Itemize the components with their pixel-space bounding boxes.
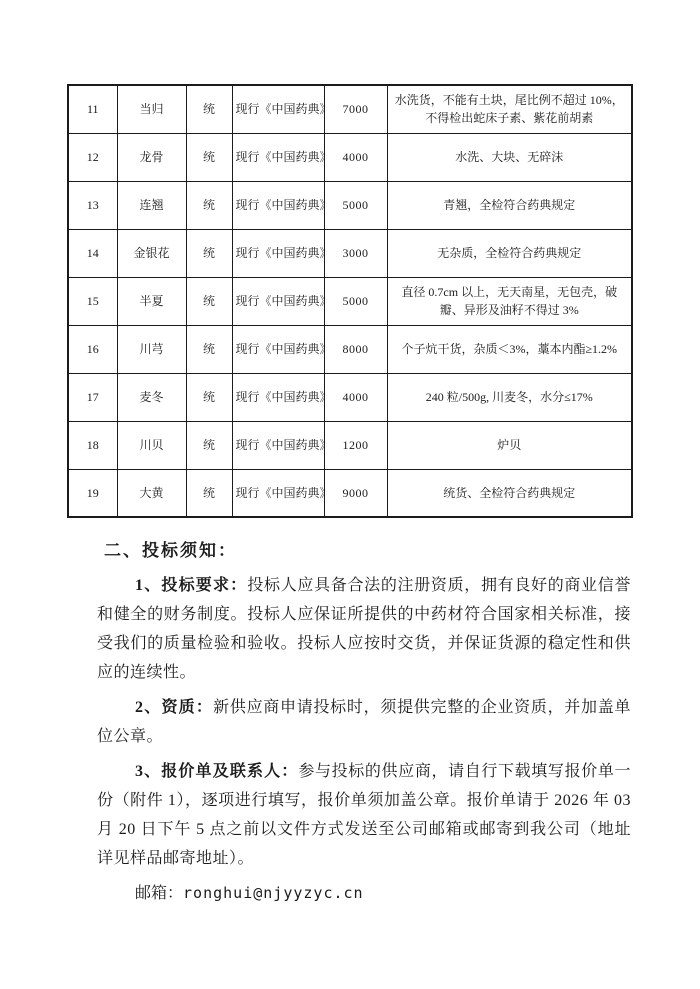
cell-spec: 统: [186, 85, 232, 133]
notice-paragraphs: 1、投标要求：投标人应具备合法的注册资质，拥有良好的商业信誉和健全的财务制度。投…: [97, 571, 631, 908]
cell-spec: 统: [186, 133, 232, 181]
email-line: 邮箱：ronghui@njyyzyc.cn: [97, 879, 631, 908]
cell-no: 12: [68, 133, 117, 181]
cell-name: 川芎: [117, 325, 186, 373]
cell-requirements: 无杂质，全检符合药典规定: [387, 229, 632, 277]
cell-requirements: 统货、全检符合药典规定: [387, 469, 632, 517]
table-row: 14 金银花 统 现行《中国药典》 3000 无杂质，全检符合药典规定: [68, 229, 632, 277]
cell-quantity: 5000: [324, 277, 387, 325]
cell-standard: 现行《中国药典》: [232, 277, 324, 325]
cell-name: 连翘: [117, 181, 186, 229]
cell-requirements: 个子炕干货，杂质＜3%，藁本内酯≥1.2%: [387, 325, 632, 373]
cell-no: 11: [68, 85, 117, 133]
cell-requirements: 240 粒/500g, 川麦冬，水分≤17%: [387, 373, 632, 421]
cell-requirements: 炉贝: [387, 421, 632, 469]
table-row: 17 麦冬 统 现行《中国药典》 4000 240 粒/500g, 川麦冬，水分…: [68, 373, 632, 421]
cell-spec: 统: [186, 373, 232, 421]
cell-quantity: 9000: [324, 469, 387, 517]
cell-name: 大黄: [117, 469, 186, 517]
cell-spec: 统: [186, 181, 232, 229]
notice-paragraph: 3、报价单及联系人：参与投标的供应商，请自行下载填写报价单一份（附件 1），逐项…: [97, 757, 631, 873]
cell-quantity: 1200: [324, 421, 387, 469]
cell-no: 17: [68, 373, 117, 421]
notice-heading: 二、投标须知：: [104, 536, 237, 561]
cell-no: 14: [68, 229, 117, 277]
cell-standard: 现行《中国药典》: [232, 469, 324, 517]
cell-requirements: 水洗货，不能有土块，尾比例不超过 10%，不得检出蛇床子素、紫花前胡素: [387, 85, 632, 133]
cell-name: 麦冬: [117, 373, 186, 421]
cell-spec: 统: [186, 469, 232, 517]
cell-standard: 现行《中国药典》: [232, 133, 324, 181]
cell-spec: 统: [186, 421, 232, 469]
cell-quantity: 8000: [324, 325, 387, 373]
paragraph-label: 2、资质：: [135, 699, 213, 716]
cell-no: 15: [68, 277, 117, 325]
table-row: 13 连翘 统 现行《中国药典》 5000 青翘，全检符合药典规定: [68, 181, 632, 229]
cell-quantity: 4000: [324, 373, 387, 421]
table-row: 18 川贝 统 现行《中国药典》 1200 炉贝: [68, 421, 632, 469]
cell-no: 18: [68, 421, 117, 469]
email-address[interactable]: ronghui@njyyzyc.cn: [183, 884, 364, 902]
cell-name: 半夏: [117, 277, 186, 325]
cell-standard: 现行《中国药典》: [232, 421, 324, 469]
email-label: 邮箱：: [135, 885, 183, 902]
table-row: 15 半夏 统 现行《中国药典》 5000 直径 0.7cm 以上，无天南星，无…: [68, 277, 632, 325]
cell-quantity: 7000: [324, 85, 387, 133]
cell-no: 16: [68, 325, 117, 373]
cell-quantity: 5000: [324, 181, 387, 229]
cell-standard: 现行《中国药典》: [232, 85, 324, 133]
paragraph-label: 3、报价单及联系人：: [135, 763, 298, 780]
cell-no: 19: [68, 469, 117, 517]
cell-standard: 现行《中国药典》: [232, 229, 324, 277]
cell-requirements: 直径 0.7cm 以上，无天南星，无包壳，破瓣、异形及油籽不得过 3%: [387, 277, 632, 325]
notice-paragraph: 2、资质：新供应商申请投标时，须提供完整的企业资质，并加盖单位公章。: [97, 693, 631, 751]
cell-name: 龙骨: [117, 133, 186, 181]
table-row: 16 川芎 统 现行《中国药典》 8000 个子炕干货，杂质＜3%，藁本内酯≥1…: [68, 325, 632, 373]
cell-quantity: 3000: [324, 229, 387, 277]
table-row: 11 当归 统 现行《中国药典》 7000 水洗货，不能有土块，尾比例不超过 1…: [68, 85, 632, 133]
cell-requirements: 青翘，全检符合药典规定: [387, 181, 632, 229]
items-table-body: 11 当归 统 现行《中国药典》 7000 水洗货，不能有土块，尾比例不超过 1…: [68, 85, 632, 517]
cell-standard: 现行《中国药典》: [232, 373, 324, 421]
cell-no: 13: [68, 181, 117, 229]
cell-requirements: 水洗、大块、无碎沫: [387, 133, 632, 181]
cell-standard: 现行《中国药典》: [232, 325, 324, 373]
cell-standard: 现行《中国药典》: [232, 181, 324, 229]
cell-name: 当归: [117, 85, 186, 133]
items-table: 11 当归 统 现行《中国药典》 7000 水洗货，不能有土块，尾比例不超过 1…: [67, 84, 633, 518]
table-row: 12 龙骨 统 现行《中国药典》 4000 水洗、大块、无碎沫: [68, 133, 632, 181]
cell-spec: 统: [186, 325, 232, 373]
table-row: 19 大黄 统 现行《中国药典》 9000 统货、全检符合药典规定: [68, 469, 632, 517]
cell-spec: 统: [186, 229, 232, 277]
notice-paragraph: 1、投标要求：投标人应具备合法的注册资质，拥有良好的商业信誉和健全的财务制度。投…: [97, 571, 631, 687]
paragraph-label: 1、投标要求：: [135, 577, 247, 594]
document-page: 11 当归 统 现行《中国药典》 7000 水洗货，不能有土块，尾比例不超过 1…: [0, 0, 700, 989]
cell-spec: 统: [186, 277, 232, 325]
cell-name: 川贝: [117, 421, 186, 469]
cell-quantity: 4000: [324, 133, 387, 181]
cell-name: 金银花: [117, 229, 186, 277]
